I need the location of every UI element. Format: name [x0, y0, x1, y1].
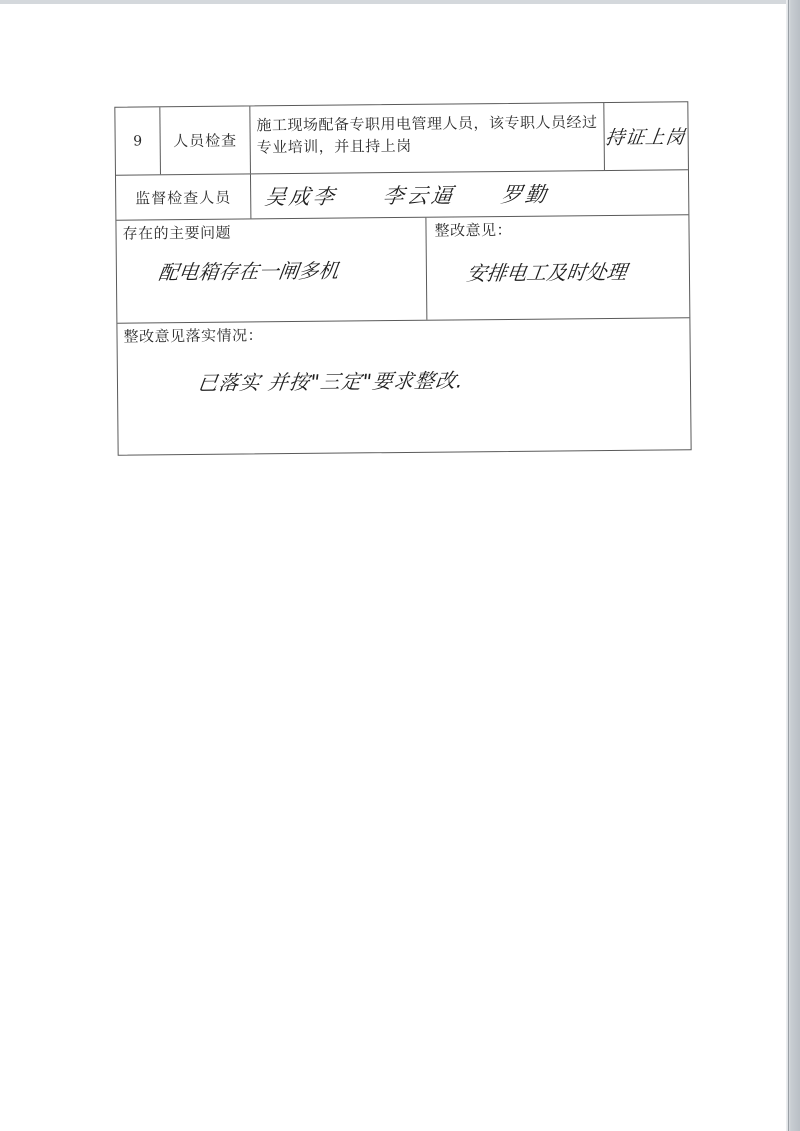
issues-advice-row: 存在的主要问题 配电箱存在一闸多机 整改意见： 安排电工及时处理 — [116, 215, 689, 323]
issues-handwritten: 配电箱存在一闸多机 — [157, 255, 341, 286]
advice-handwritten: 安排电工及时处理 — [465, 256, 629, 287]
item-result-cell: 持证上岗 — [604, 102, 688, 170]
issues-cell: 存在的主要问题 配电箱存在一闸多机 — [116, 218, 427, 323]
inspection-table: 9 人员检查 施工现场配备专职用电管理人员，该专职人员经过专业培训，并且持上岗 … — [114, 101, 691, 455]
document-page: 9 人员检查 施工现场配备专职用电管理人员，该专职人员经过专业培训，并且持上岗 … — [0, 0, 800, 1131]
signature: 吴成李 — [263, 181, 339, 212]
implementation-label: 整改意见落实情况： — [123, 320, 683, 346]
implementation-cell: 整改意见落实情况： 已落实 并按"三定"要求整改. — [117, 318, 690, 454]
signature: 罗勤 — [499, 179, 551, 209]
item-requirement: 施工现场配备专职用电管理人员，该专职人员经过专业培训，并且持上岗 — [250, 103, 605, 173]
issues-label: 存在的主要问题 — [122, 220, 419, 244]
inspectors-signatures: 吴成李 李云逼 罗勤 — [251, 170, 688, 218]
inspectors-row: 监督检查人员 吴成李 李云逼 罗勤 — [116, 170, 688, 220]
implementation-handwritten: 已落实 并按"三定"要求整改. — [196, 364, 466, 396]
item-result-handwritten: 持证上岗 — [604, 122, 688, 150]
item-category: 人员检查 — [160, 106, 251, 174]
scan-edge-line — [788, 0, 789, 1131]
table-row: 9 人员检查 施工现场配备专职用电管理人员，该专职人员经过专业培训，并且持上岗 … — [115, 102, 688, 175]
advice-cell: 整改意见： 安排电工及时处理 — [426, 215, 689, 320]
item-number: 9 — [115, 107, 161, 174]
advice-label: 整改意见： — [434, 217, 680, 240]
implementation-row: 整改意见落实情况： 已落实 并按"三定"要求整改. — [117, 318, 690, 454]
signature: 李云逼 — [381, 179, 457, 210]
inspectors-label: 监督检查人员 — [116, 174, 251, 219]
